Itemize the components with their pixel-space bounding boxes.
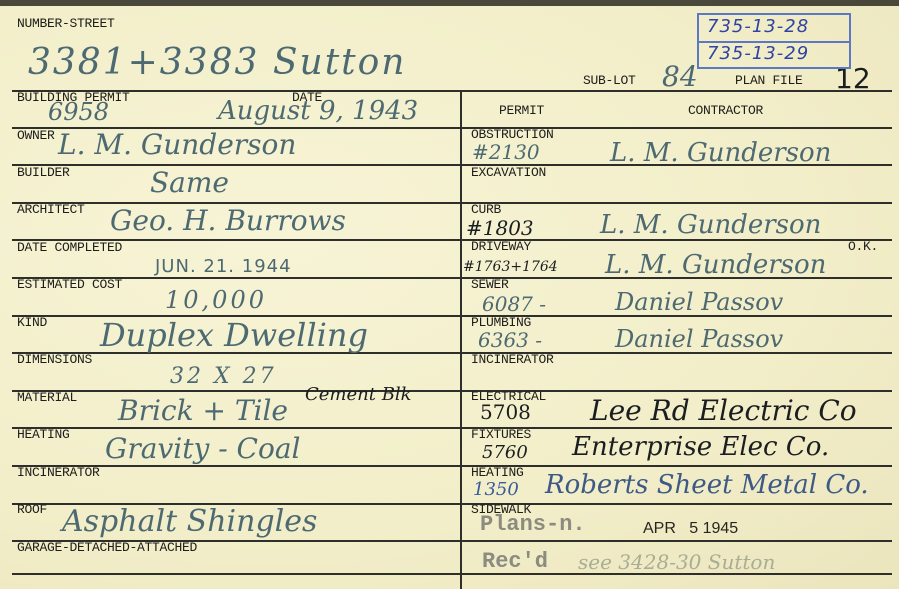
roof-label: ROOF	[17, 502, 47, 517]
rule	[12, 390, 892, 392]
incinerator-label: INCINERATOR	[17, 465, 100, 480]
builder-label: BUILDER	[17, 165, 70, 180]
sub-lot-value: 84	[662, 60, 698, 93]
rule	[12, 90, 892, 92]
heating-label: HEATING	[17, 427, 70, 442]
card-top-edge	[0, 0, 899, 6]
column-divider	[460, 90, 462, 589]
parcel-number-2: 735-13-29	[707, 43, 809, 64]
see-reference-note: see 3428-30 Sutton	[578, 550, 775, 574]
plumbing-permit: 6363 -	[478, 328, 542, 352]
curb-contractor: L. M. Gunderson	[600, 210, 821, 240]
kind-value: Duplex Dwelling	[100, 316, 368, 354]
heating-permit: 1350	[473, 479, 519, 500]
obstruction-contractor: L. M. Gunderson	[610, 138, 831, 168]
sewer-label: SEWER	[471, 277, 509, 292]
architect-label: ARCHITECT	[17, 202, 85, 217]
estimated-cost-label: ESTIMATED COST	[17, 277, 122, 292]
parcel-number-stamp: 735-13-28 735-13-29	[697, 13, 851, 69]
garage-label: GARAGE-DETACHED-ATTACHED	[17, 540, 197, 555]
dimensions-value: 32 X 27	[170, 364, 277, 389]
received-date-stamp: APR 5 1945	[643, 520, 738, 538]
number-street-label: NUMBER-STREET	[17, 16, 115, 31]
parcel-number-1: 735-13-28	[707, 16, 809, 37]
material-label: MATERIAL	[17, 390, 77, 405]
plan-file-label: PLAN FILE	[735, 73, 803, 88]
driveway-ok-note: O.K.	[848, 239, 878, 254]
permit-date-value: August 9, 1943	[218, 96, 418, 126]
material-correction: Cement Blk	[305, 384, 412, 405]
fixtures-contractor: Enterprise Elec Co.	[572, 432, 829, 462]
builder-value: Same	[150, 166, 229, 199]
date-completed-value: JUN. 21. 1944	[155, 256, 292, 277]
heating-value: Gravity - Coal	[105, 432, 300, 465]
plumbing-contractor: Daniel Passov	[615, 325, 783, 353]
curb-permit: #1803	[466, 216, 534, 240]
kind-label: KIND	[17, 315, 47, 330]
permit-column-header: PERMIT	[499, 103, 544, 118]
architect-value: Geo. H. Burrows	[110, 204, 346, 237]
plans-stamp: Plans-n.	[480, 512, 586, 537]
electrical-contractor: Lee Rd Electric Co	[590, 394, 857, 427]
dimensions-label: DIMENSIONS	[17, 352, 92, 367]
rule	[12, 465, 892, 467]
incinerator-permit-label: INCINERATOR	[471, 352, 554, 367]
permit-card: NUMBER-STREET 3381+3383 Sutton SUB-LOT 8…	[0, 0, 899, 589]
roof-value: Asphalt Shingles	[62, 504, 317, 539]
date-completed-label: DATE COMPLETED	[17, 240, 122, 255]
heating-contractor: Roberts Sheet Metal Co.	[545, 470, 869, 500]
fixtures-label: FIXTURES	[471, 427, 531, 442]
estimated-cost-value: 10,000	[165, 286, 267, 314]
contractor-column-header: CONTRACTOR	[688, 103, 763, 118]
rule	[12, 427, 892, 429]
sewer-permit: 6087 -	[482, 292, 546, 316]
sub-lot-label: SUB-LOT	[583, 73, 636, 88]
owner-value: L. M. Gunderson	[58, 128, 296, 161]
driveway-permit: #1763+1764	[463, 259, 558, 275]
sewer-contractor: Daniel Passov	[615, 288, 783, 316]
heating-permit-label: HEATING	[471, 465, 524, 480]
driveway-contractor: L. M. Gunderson	[605, 250, 826, 280]
electrical-permit: 5708	[480, 400, 531, 424]
fixtures-permit: 5760	[482, 442, 528, 463]
excavation-label: EXCAVATION	[471, 165, 546, 180]
material-value: Brick + Tile	[118, 394, 288, 427]
obstruction-permit: #2130	[472, 140, 540, 164]
curb-label: CURB	[471, 202, 501, 217]
number-street-value: 3381+3383 Sutton	[28, 42, 406, 83]
driveway-label: DRIVEWAY	[471, 239, 531, 254]
owner-label: OWNER	[17, 128, 55, 143]
building-permit-value: 6958	[48, 98, 109, 126]
received-stamp: Rec'd	[482, 549, 548, 574]
